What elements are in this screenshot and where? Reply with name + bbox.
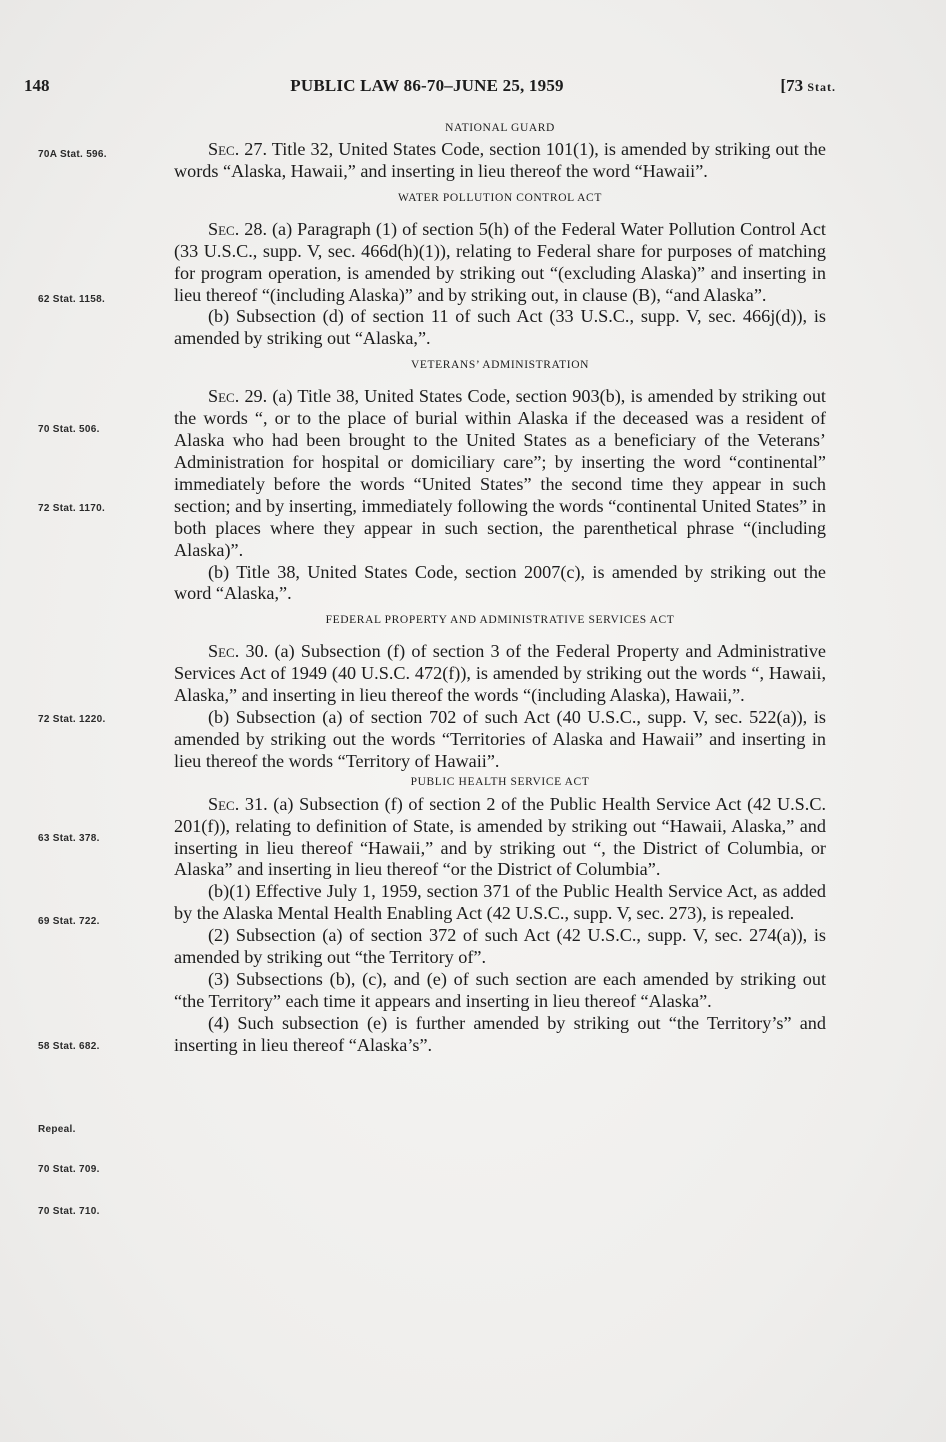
margin-note: 69 Stat. 722. — [38, 916, 100, 927]
margin-note: Repeal. — [38, 1124, 76, 1135]
volume-label: Stat. — [807, 80, 836, 94]
paragraph: Sec. 28. (a) Paragraph (1) of section 5(… — [174, 219, 826, 307]
paragraph: (4) Such subsection (e) is further amend… — [174, 1013, 826, 1057]
paragraph-text: (2) Subsection (a) of section 372 of suc… — [174, 925, 826, 967]
paragraph: (b) Subsection (d) of section 11 of such… — [174, 306, 826, 350]
paragraph-text: (b) Subsection (d) of section 11 of such… — [174, 306, 826, 348]
margin-note: 70 Stat. 710. — [38, 1206, 100, 1217]
section-label: Sec. 30. — [208, 641, 268, 661]
paragraph: (b)(1) Effective July 1, 1959, section 3… — [174, 881, 826, 925]
margin-note: 72 Stat. 1220. — [38, 714, 106, 725]
section-label: Sec. 27. — [208, 139, 267, 159]
paragraph-text: (a) Subsection (f) of section 2 of the P… — [174, 794, 826, 880]
paragraph-text: (3) Subsections (b), (c), and (e) of suc… — [174, 969, 826, 1011]
section-heading: Public Health Service Act — [174, 775, 826, 790]
paragraph-text: (a) Paragraph (1) of section 5(h) of the… — [174, 219, 826, 305]
paragraph-text: (4) Such subsection (e) is further amend… — [174, 1013, 826, 1055]
paragraph: Sec. 30. (a) Subsection (f) of section 3… — [174, 641, 826, 707]
margin-notes: 70A Stat. 596. 62 Stat. 1158. 70 Stat. 5… — [0, 0, 160, 1442]
margin-note: 62 Stat. 1158. — [38, 294, 105, 305]
volume-citation: [73 Stat. — [780, 76, 836, 96]
document-body: National Guard Sec. 27. Title 32, United… — [174, 121, 826, 1057]
paragraph: (2) Subsection (a) of section 372 of suc… — [174, 925, 826, 969]
paragraph: Sec. 29. (a) Title 38, United States Cod… — [174, 386, 826, 561]
paragraph-text: (b) Subsection (a) of section 702 of suc… — [174, 707, 826, 771]
margin-note: 70A Stat. 596. — [38, 149, 107, 160]
paragraph: Sec. 31. (a) Subsection (f) of section 2… — [174, 794, 826, 882]
margin-note: 70 Stat. 709. — [38, 1164, 100, 1175]
section-heading: Water Pollution Control Act — [174, 191, 826, 206]
section-label: Sec. 28. — [208, 219, 267, 239]
section-heading: National Guard — [174, 121, 826, 136]
margin-note: 72 Stat. 1170. — [38, 503, 105, 514]
paragraph: (b) Subsection (a) of section 702 of suc… — [174, 707, 826, 773]
margin-note: 70 Stat. 506. — [38, 424, 100, 435]
paragraph: Sec. 27. Title 32, United States Code, s… — [174, 139, 826, 183]
paragraph-text: (b)(1) Effective July 1, 1959, section 3… — [174, 881, 826, 923]
paragraph-text: (b) Title 38, United States Code, sectio… — [174, 562, 826, 604]
paragraph: (3) Subsections (b), (c), and (e) of suc… — [174, 969, 826, 1013]
margin-note: 63 Stat. 378. — [38, 833, 100, 844]
paragraph-text: (a) Title 38, United States Code, sectio… — [174, 386, 826, 559]
paragraph-text: Title 32, United States Code, section 10… — [174, 139, 826, 181]
paragraph-text: (a) Subsection (f) of section 3 of the F… — [174, 641, 826, 705]
section-label: Sec. 29. — [208, 386, 267, 406]
paragraph: (b) Title 38, United States Code, sectio… — [174, 562, 826, 606]
margin-note: 58 Stat. 682. — [38, 1041, 100, 1052]
document-page: 148 PUBLIC LAW 86-70–JUNE 25, 1959 [73 S… — [0, 0, 946, 1442]
volume-bracket: [73 — [780, 76, 807, 95]
section-label: Sec. 31. — [208, 794, 268, 814]
section-heading: Veterans’ Administration — [174, 358, 826, 373]
section-heading: Federal Property and Administrative Serv… — [174, 613, 826, 628]
